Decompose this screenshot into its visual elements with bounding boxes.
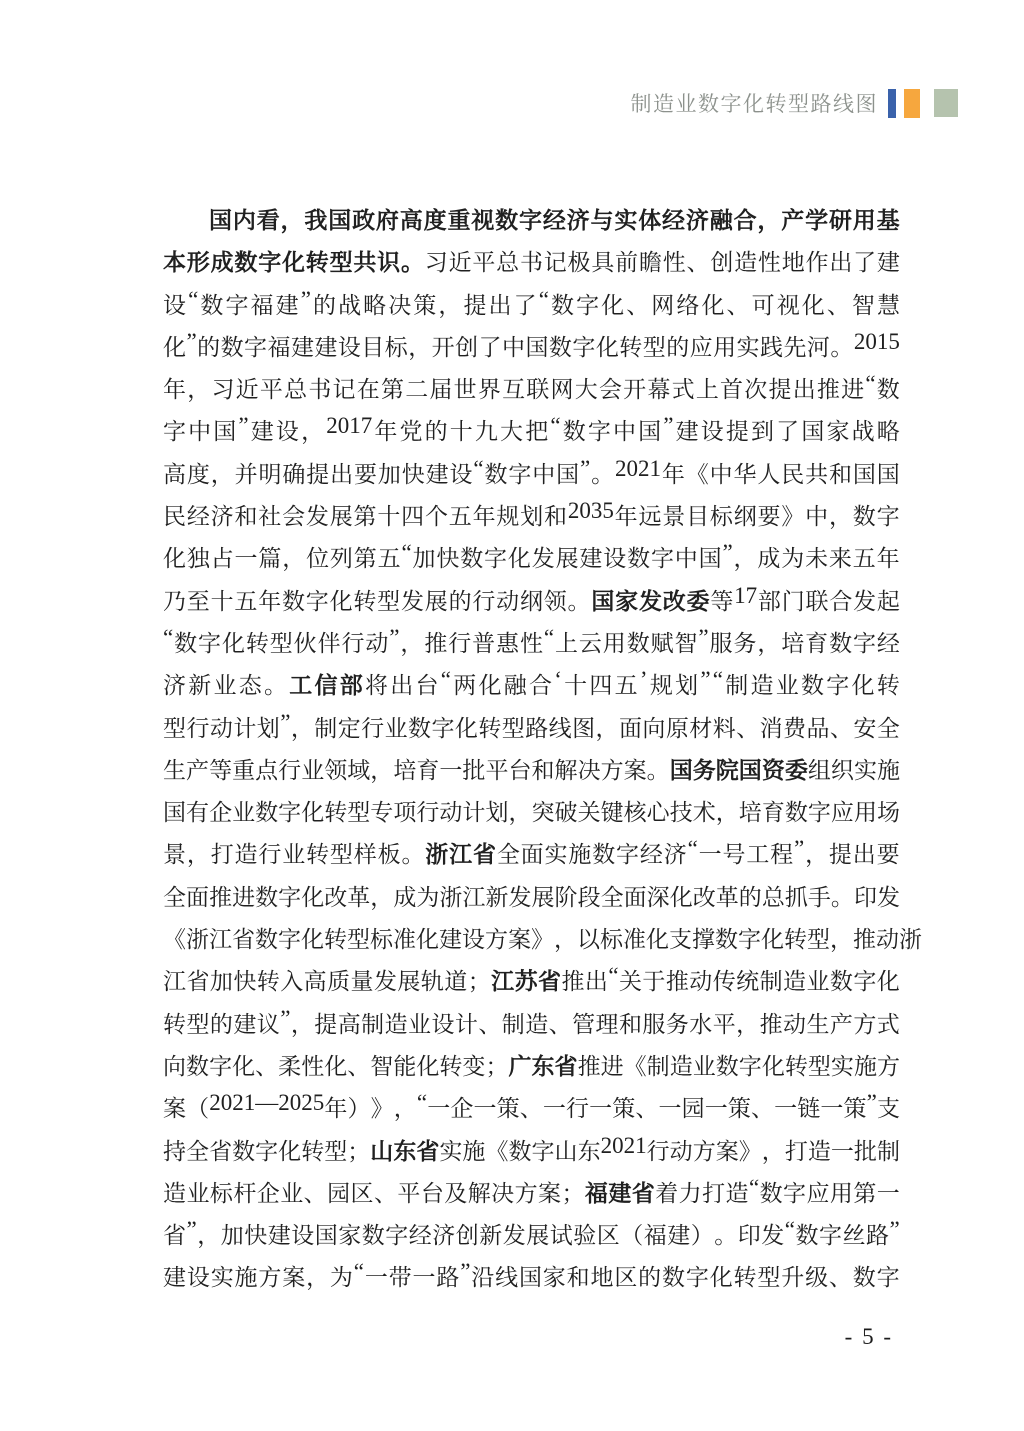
text-line: 造业标杆企业、园区、平台及解决方案；福建省着力打造“数字应用第一	[163, 1175, 900, 1217]
text-line: 转型的建议”，提高制造业设计、制造、管理和服务水平，推动生产方式	[163, 1006, 900, 1048]
text-line: 化独占一篇，位列第五“加快数字化发展建设数字中国”，成为未来五年	[163, 540, 900, 582]
header-orange-block	[904, 89, 920, 118]
header-title: 制造业数字化转型路线图	[631, 88, 879, 118]
text-line: 化”的数字福建建设目标，开创了中国数字化转型的应用实践先河。2015	[163, 329, 900, 371]
text-line: 型行动计划”，制定行业数字化转型路线图，面向原材料、消费品、安全	[163, 710, 900, 752]
text-line: 省”，加快建设国家数字经济创新发展试验区（福建）。印发“数字丝路”	[163, 1217, 900, 1259]
text-line: 国有企业数字化转型专项行动计划，突破关键核心技术，培育数字应用场	[163, 794, 900, 836]
header-green-block	[934, 89, 958, 117]
text-line: “数字化转型伙伴行动”，推行普惠性“上云用数赋智”服务，培育数字经	[163, 625, 900, 667]
text-line: 向数字化、柔性化、智能化转变；广东省推进《制造业数字化转型实施方	[163, 1048, 900, 1090]
text-line: 乃至十五年数字化转型发展的行动纲领。国家发改委等17部门联合发起	[163, 583, 900, 625]
text-line: 持全省数字化转型；山东省实施《数字山东2021行动方案》，打造一批制	[163, 1133, 900, 1175]
document-page: 制造业数字化转型路线图 国内看，我国政府高度重视数字经济与实体经济融合，产学研用…	[0, 0, 1024, 1431]
text-line: 本形成数字化转型共识。习近平总书记极具前瞻性、创造性地作出了建	[163, 244, 900, 286]
page-number: - 5 -	[845, 1324, 893, 1350]
text-line: 民经济和社会发展第十四个五年规划和2035年远景目标纲要》中，数字	[163, 498, 900, 540]
text-line: 年，习近平总书记在第二届世界互联网大会开幕式上首次提出推进“数	[163, 371, 900, 413]
body-paragraph: 国内看，我国政府高度重视数字经济与实体经济融合，产学研用基本形成数字化转型共识。…	[163, 202, 900, 1302]
text-line: 高度，并明确提出要加快建设“数字中国”。2021年《中华人民共和国国	[163, 456, 900, 498]
text-line: 《浙江省数字化转型标准化建设方案》，以标准化支撑数字化转型，推动浙	[163, 921, 900, 963]
text-line: 字中国”建设，2017年党的十九大把“数字中国”建设提到了国家战略	[163, 413, 900, 455]
text-line: 设“数字福建”的战略决策，提出了“数字化、网络化、可视化、智慧	[163, 287, 900, 329]
text-line: 全面推进数字化改革，成为浙江新发展阶段全面深化改革的总抓手。印发	[163, 879, 900, 921]
text-line: 景，打造行业转型样板。浙江省全面实施数字经济“一号工程”，提出要	[163, 836, 900, 878]
text-line: 案（2021—2025年）》，“一企一策、一行一策、一园一策、一链一策”支	[163, 1090, 900, 1132]
text-line: 建设实施方案，为“一带一路”沿线国家和地区的数字化转型升级、数字	[163, 1259, 900, 1301]
header-blue-block	[888, 89, 896, 118]
text-line: 国内看，我国政府高度重视数字经济与实体经济融合，产学研用基	[163, 202, 900, 244]
text-line: 生产等重点行业领域，培育一批平台和解决方案。国务院国资委组织实施	[163, 752, 900, 794]
text-line: 江省加快转入高质量发展轨道；江苏省推出“关于推动传统制造业数字化	[163, 963, 900, 1005]
page-header: 制造业数字化转型路线图	[631, 88, 959, 118]
text-line: 济新业态。工信部将出台“两化融合‘十四五’规划”“制造业数字化转	[163, 667, 900, 709]
